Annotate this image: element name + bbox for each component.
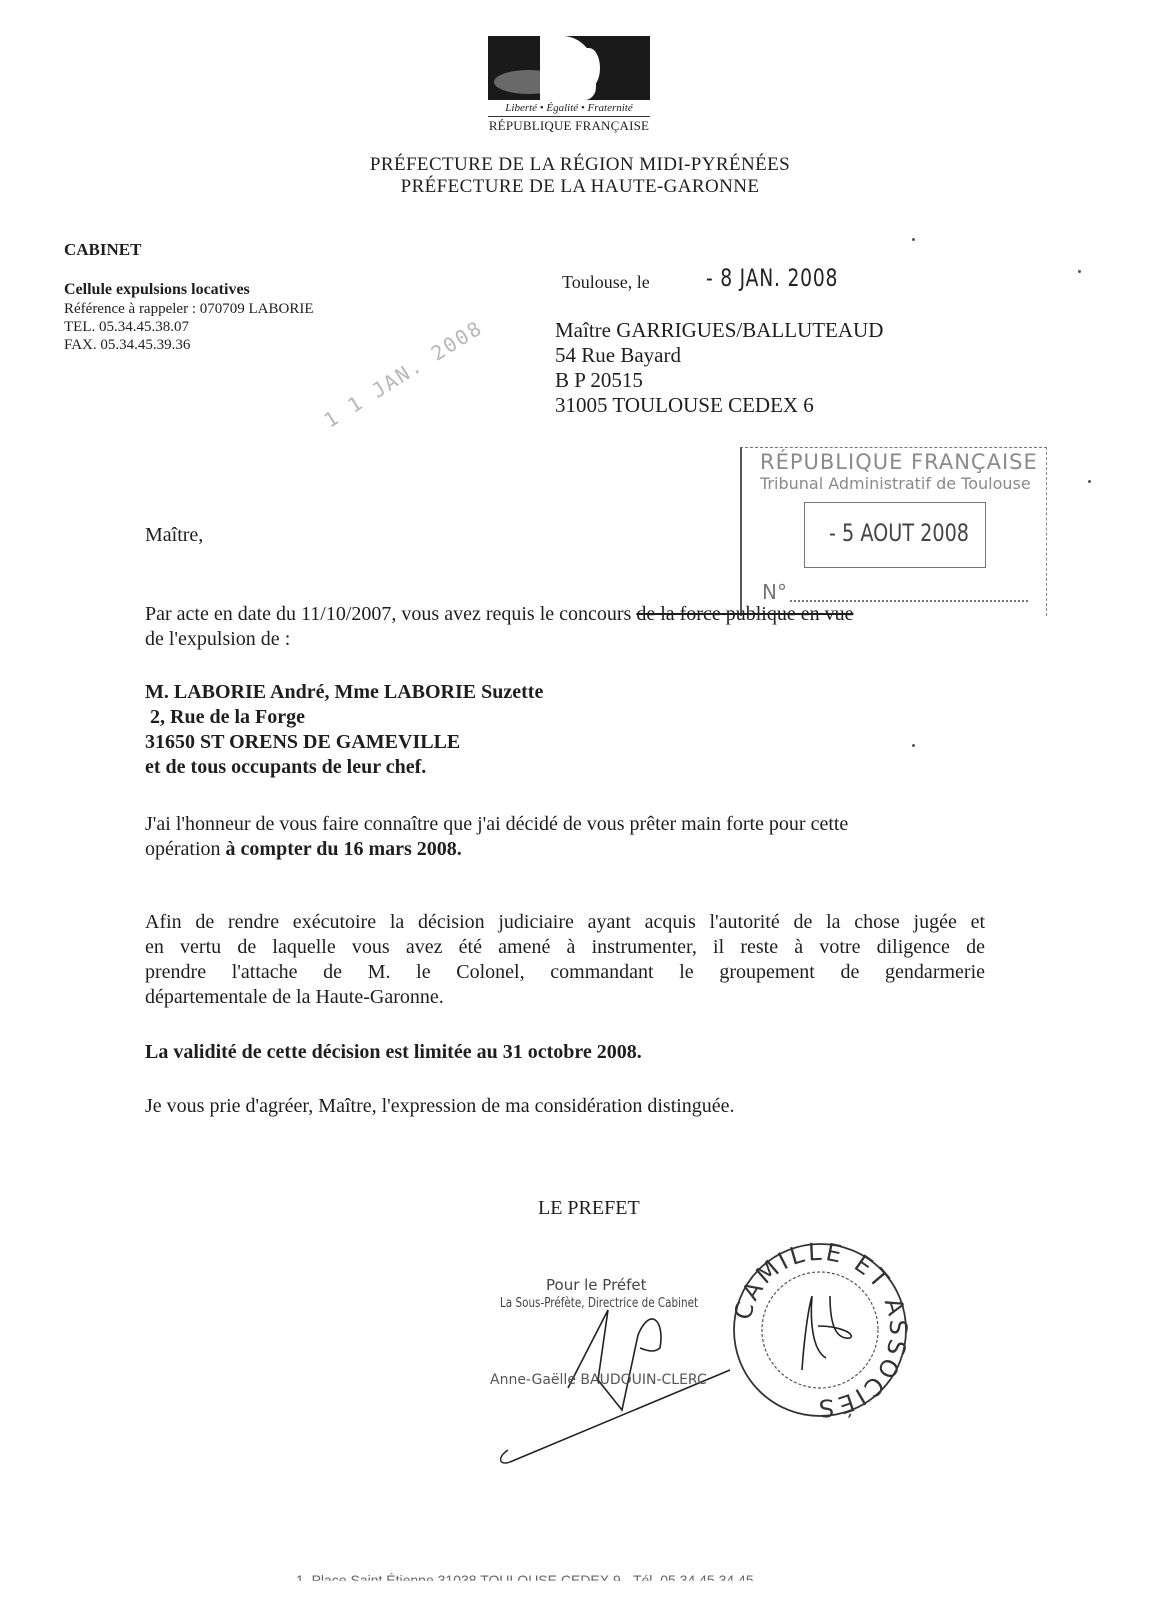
signatory-name: Anne-Gaëlle BAUDOUIN-CLERC — [490, 1372, 707, 1388]
footer-address: 1, Place Saint Étienne 31038 TOULOUSE CE… — [296, 1572, 754, 1588]
sender-block: CABINET Cellule expulsions locatives Réf… — [64, 240, 424, 354]
date-place: Toulouse, le — [562, 272, 650, 293]
paragraph-instructions: Afin de rendre exécutoire la décision ju… — [145, 910, 985, 1010]
seal-text: CAMILLE ET ASSOCIÉS — [730, 1240, 910, 1420]
prefecture-heading: PRÉFECTURE DE LA RÉGION MIDI-PYRÉNÉES PR… — [300, 154, 860, 198]
recipient-address: Maître GARRIGUES/BALLUTEAUD 54 Rue Bayar… — [555, 318, 883, 418]
addressee-names: M. LABORIE André, Mme LABORIE Suzette — [145, 680, 985, 705]
signatory-title: LE PREFET — [538, 1197, 640, 1220]
marianne-logo — [488, 36, 650, 100]
recipient-name: Maître GARRIGUES/BALLUTEAUD — [555, 318, 883, 343]
republic-motto: Liberté • Égalité • Fraternité — [488, 102, 650, 114]
salutation: Maître, — [145, 524, 203, 547]
stamp-tribunal: Tribunal Administratif de Toulouse — [760, 474, 1031, 493]
decision-date: à compter du 16 mars 2008. — [226, 838, 462, 860]
lawyer-seal-stamp: CAMILLE ET ASSOCIÉS — [730, 1240, 910, 1420]
request-text-struck: de la force publique en vue — [636, 603, 853, 625]
prefecture-department: PRÉFECTURE DE LA HAUTE-GARONNE — [300, 176, 860, 198]
handwritten-signature — [490, 1240, 730, 1470]
stamp-date-box: - 5 AOUT 2008 — [804, 502, 986, 568]
decision-line1: J'ai l'honneur de vous faire connaître q… — [145, 812, 985, 837]
request-text-line2: de l'expulsion de : — [145, 627, 985, 652]
instructions-line: départementale de la Haute-Garonne. — [145, 985, 985, 1010]
stamp-number-label: N° — [762, 580, 787, 604]
instructions-line: Afin de rendre exécutoire la décision ju… — [145, 910, 985, 935]
closing-formula: Je vous prie d'agréer, Maître, l'express… — [145, 1094, 985, 1119]
paragraph-decision: J'ai l'honneur de vous faire connaître q… — [145, 812, 985, 862]
recipient-city: 31005 TOULOUSE CEDEX 6 — [555, 393, 883, 418]
addressee-street: 2, Rue de la Forge — [145, 705, 985, 730]
recipient-po-box: B P 20515 — [555, 368, 883, 393]
prefecture-region: PRÉFECTURE DE LA RÉGION MIDI-PYRÉNÉES — [300, 154, 860, 176]
stamp-republic: RÉPUBLIQUE FRANÇAISE — [760, 450, 1038, 474]
paragraph-request: Par acte en date du 11/10/2007, vous ave… — [145, 602, 985, 652]
sender-department: CABINET — [64, 240, 424, 260]
instructions-line: prendre l'attache de M. le Colonel, comm… — [145, 960, 985, 985]
validity-notice: La validité de cette décision est limité… — [145, 1040, 985, 1065]
tribunal-received-stamp: RÉPUBLIQUE FRANÇAISE Tribunal Administra… — [740, 447, 1047, 616]
sender-fax: FAX. 05.34.45.39.36 — [64, 336, 424, 354]
svg-text:CAMILLE ET ASSOCIÉS: CAMILLE ET ASSOCIÉS — [730, 1240, 910, 1420]
addressee-block: M. LABORIE André, Mme LABORIE Suzette 2,… — [145, 680, 985, 780]
republic-name: RÉPUBLIQUE FRANÇAISE — [488, 116, 650, 134]
sender-reference: Référence à rappeler : 070709 LABORIE — [64, 300, 424, 318]
addressee-city: 31650 ST ORENS DE GAMEVILLE — [145, 730, 985, 755]
addressee-occupants: et de tous occupants de leur chef. — [145, 755, 985, 780]
sender-unit: Cellule expulsions locatives — [64, 280, 424, 300]
stamp-date: - 5 AOUT 2008 — [829, 519, 969, 547]
signatory-for: Pour le Préfet — [546, 1276, 647, 1294]
instructions-line: en vertu de laquelle vous avez été amené… — [145, 935, 985, 960]
date-stamp: - 8 JAN. 2008 — [706, 264, 838, 292]
signatory-role: La Sous-Préfète, Directrice de Cabinet — [500, 1296, 698, 1311]
request-text: Par acte en date du 11/10/2007, vous ave… — [145, 603, 636, 625]
recipient-street: 54 Rue Bayard — [555, 343, 883, 368]
sender-tel: TEL. 05.34.45.38.07 — [64, 318, 424, 336]
decision-line2: opération — [145, 838, 226, 860]
